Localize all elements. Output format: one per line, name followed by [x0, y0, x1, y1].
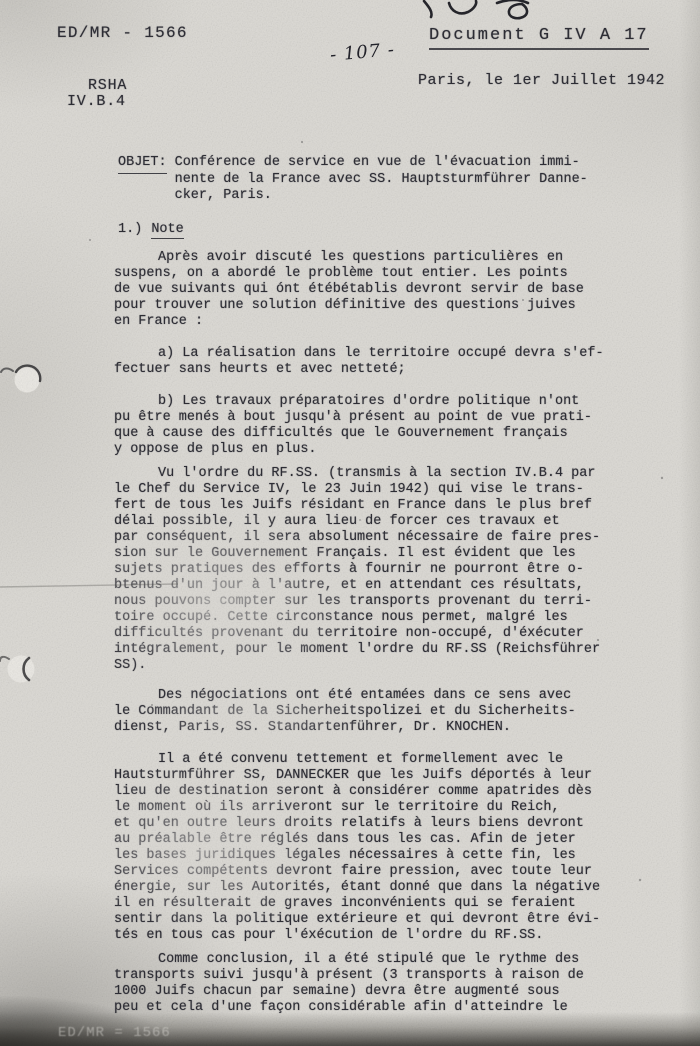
- org-line-2: IV.B.4: [67, 94, 127, 110]
- paragraph-negotiations: Des négociations ont été entamées dans c…: [114, 688, 654, 736]
- paragraph-conclusion: Comme conclusion, il a été stipulé que l…: [114, 952, 654, 1016]
- org-reference: RSHA IV.B.4: [67, 78, 127, 110]
- subject-label: OBJET:: [118, 155, 167, 174]
- bottom-scan-band: ED/MR = 1566: [0, 1012, 700, 1046]
- paragraph-intro: Après avoir discuté les questions partic…: [114, 250, 654, 330]
- document-page: ED/MR - 1566 Document G IV A 17 - 107 - …: [0, 0, 700, 1046]
- subject-block: OBJET: Conférence de service en vue de l…: [118, 155, 588, 205]
- punch-hole-bottom: [0, 656, 35, 683]
- paragraph-point-a: a) La réalisation dans le territoire occ…: [114, 346, 654, 378]
- paragraph-agreement: Il a été convenu tettement et formelleme…: [114, 752, 654, 944]
- footer-stamp: ED/MR = 1566: [58, 1025, 171, 1041]
- handwritten-scribble: [424, 0, 528, 18]
- reference-number: ED/MR - 1566: [57, 24, 188, 42]
- org-line-1: RSHA: [67, 78, 127, 94]
- paragraph-rfss-order: Vu l'ordre du RF.SS. (transmis à la sect…: [114, 466, 654, 674]
- handwritten-page-number: - 107 -: [329, 39, 396, 66]
- section-heading: 1.)Note: [118, 222, 184, 237]
- document-number: Document G IV A 17: [429, 26, 649, 50]
- section-number: 1.): [118, 222, 142, 237]
- place-and-date: Paris, le 1er Juillet 1942: [418, 72, 665, 89]
- section-title: Note: [151, 222, 183, 239]
- subject-text: Conférence de service en vue de l'évacua…: [175, 155, 588, 205]
- paragraph-point-b: b) Les travaux préparatoires d'ordre pol…: [114, 394, 654, 458]
- punch-hole-top: [1, 366, 40, 393]
